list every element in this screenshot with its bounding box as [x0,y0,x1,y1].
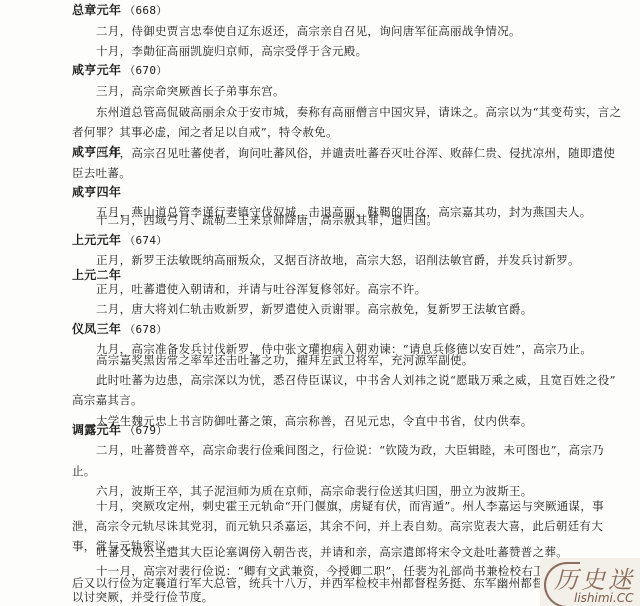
paragraph-line: 高宗嘉奖黑齿常之率军还击吐蕃之功，擢拜左武卫将军，充河源军副使。 [96,353,474,367]
section-heading: 咸亨元年（670） [72,63,168,78]
paragraph-line: 正月，新罗王法敏既纳高丽叛众，又据百济故地，高宗大怒，诏削法敏官爵，并发兵讨新罗… [96,253,580,267]
paragraph-line: 二月，吐蕃赞普卒，高宗命裴行俭乘间图之，行俭说：“钦陵为政，大臣辑睦，未可图也”… [96,443,604,457]
paragraph-line: 六月，波斯王卒，其子泥洹师为质在京师，高宗命裴行俭送其归国，册立为波斯王。 [96,484,533,498]
paragraph-line: 三月，高宗命突厥酋长子弟事东宫。 [96,84,285,98]
paragraph-line: 二月，唐大将刘仁轨击败新罗，新罗遣使入贡谢罪。高宗赦免，复新罗王法敏官爵。 [96,302,533,316]
paragraph-line: 以讨突厥，并受行俭节度。 [72,590,214,604]
paragraph-line: 后又以行俭为定襄道行军大总管，统兵十八万，并西军检校丰州都督程务挺、东军幽州都督… [72,576,579,590]
scanned-document-page: 总章元年（668） 二月，侍御史贾言忠奉使自辽东返还，高宗亲自召见，询问唐军征高… [0,0,640,606]
section-heading: 上元二年 [72,268,124,283]
paragraph-line: 四月，高宗召见吐蕃使者，询问吐蕃风俗，并谴责吐蕃吞灭吐谷浑、败薛仁贵、侵扰凉州，… [96,146,615,160]
paragraph-line: 此时吐蕃为边患，高宗深以为忧，悉召侍臣谋议，中书舍人刘祎之说“愿戢万乘之威，且宽… [96,373,616,387]
paragraph-line: 臣去吐蕃。 [72,166,131,180]
section-heading: 总章元年（668） [72,3,168,18]
section-heading: 咸亨四年 [72,185,124,200]
paragraph-line: 二月，侍御史贾言忠奉使自辽东返还，高宗亲自召见，询问唐军征高丽战争情况。 [96,24,521,38]
watermark-title: 历史迷 [554,560,635,595]
paragraph-line: 止。 [72,464,96,478]
paragraph-line: 十月，李勣征高丽凯旋归京师，高宗受俘于含元殿。 [96,44,367,58]
section-heading: 上元元年（674） [72,233,168,248]
paragraph-line: 十二月，西域弓月、疏勒二王来京师降唐，高宗赦其罪，遣归国。 [96,213,438,227]
paragraph-line: 东州道总管高侃破高丽余众于安市城，奏称有高丽僧言中国灾异，请诛之。高宗以为“其变… [96,105,621,119]
section-heading: 仪凤三年（678） [72,322,168,337]
watermark-url: lishimi.CC [574,591,633,605]
paragraph-line: 十月，突厥攻定州，刺史霍王元轨命“开门偃旗，虏疑有伏，而宵遁”。州人李嘉运与突厥… [96,499,604,513]
site-watermark: 历史迷 lishimi.CC [540,558,640,606]
paragraph-line: 高宗嘉其言。 [72,393,143,407]
paragraph-line: 者何罪？其事必虚，闻之者足以自戒”，特令赦免。 [72,125,338,139]
paragraph-line: 吐蕃文成公主遣其大臣论塞调傍入朝告丧，并请和亲，高宗遣郎将宋令文赴吐蕃赞普之葬。 [96,545,568,559]
paragraph-line: 正月，吐蕃遣使入朝请和，并请与吐谷浑复修邻好。高宗不许。 [96,282,426,296]
paragraph-line: 泄，高宗令元轨尽诛其党羽，而元轨只杀嘉运，其余不问，并上表自劾。高宗览表大喜，此… [72,519,603,533]
section-heading: 调露元年（679） [72,423,168,438]
